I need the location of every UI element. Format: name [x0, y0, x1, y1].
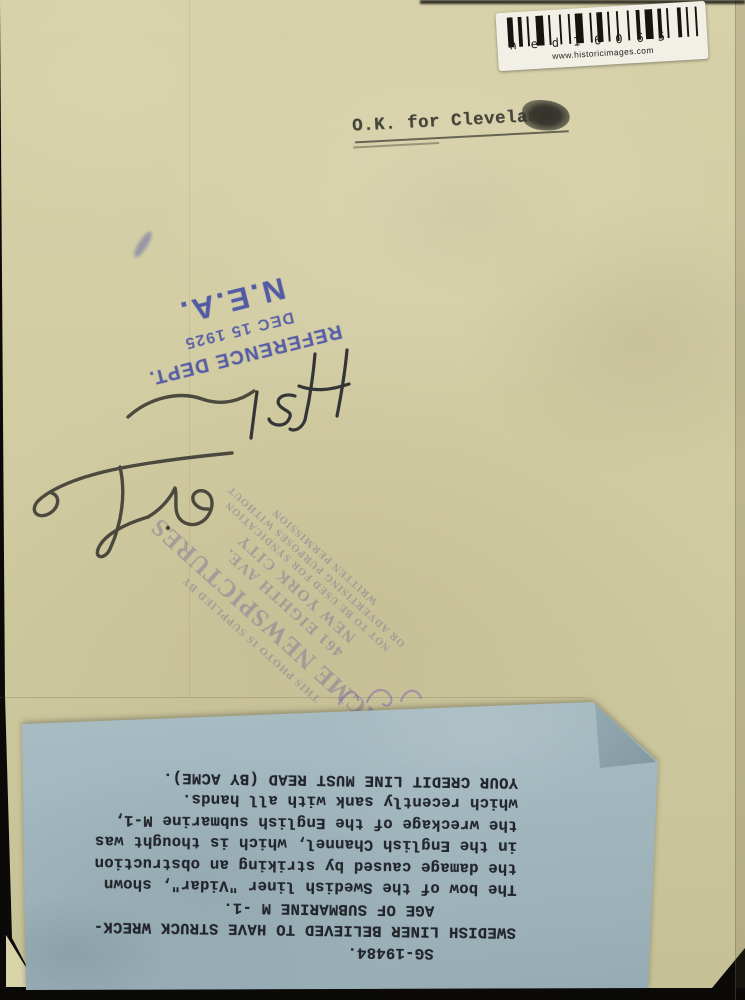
photo-back-scan: ned16065 www.historicimages.com O.K. for… [0, 0, 745, 1000]
typed-caption: SG-19484. SWEDISH LINER BELIEVED TO HAVE… [29, 760, 617, 966]
folded-corner [595, 704, 659, 770]
